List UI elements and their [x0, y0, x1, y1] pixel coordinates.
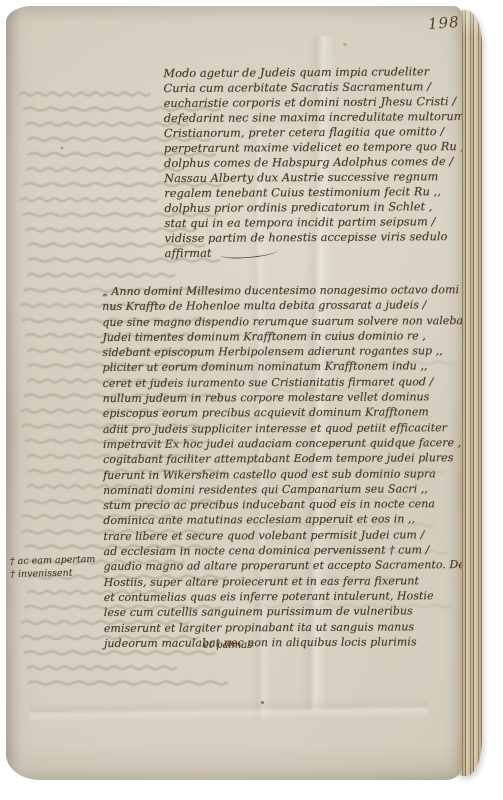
text-line: cogitabant faciliter attemptabant Eodem …: [103, 450, 462, 467]
paper-stain: [343, 43, 347, 46]
folio-number: 198: [427, 13, 460, 33]
manuscript-page: 198 Modo agetur de Judeis quam impia cru…: [6, 6, 462, 780]
text-line: affirmat: [165, 244, 462, 261]
text-line: lese cum cutellis sanguinem purissimum d…: [104, 603, 462, 620]
text-line: vidisse partim de honestis accepisse vir…: [164, 229, 462, 246]
text-line: Hostiis, super altare proiecerunt et in …: [104, 573, 462, 590]
paragraph-2: „ Anno domini Millesimo ducentesimo nona…: [102, 282, 462, 651]
paragraph-1: Modo agetur de Judeis quam impia crudeli…: [163, 64, 462, 261]
text-line: nus Kraffto de Hohenloe multa debita gro…: [102, 297, 462, 314]
margin-note: † ac eam apertam† invenissent: [10, 553, 96, 581]
book-page-photo: 198 Modo agetur de Judeis quam impia cru…: [4, 6, 482, 786]
paper-stain: [261, 701, 264, 704]
paragraph-2-catchword: et palmas: [203, 640, 252, 651]
text-line: que sine magno dispendio rerumque suarum…: [102, 313, 462, 330]
text-line: emiserunt et largiter propinabant ita ut…: [104, 619, 462, 636]
paper-stain: [61, 147, 63, 149]
text-line: dominica ante matutinas ecclesiam apperu…: [103, 511, 462, 528]
text-line: gaudio magno ad altare properarunt et ac…: [103, 557, 462, 574]
scan-background: 198 Modo agetur de Judeis quam impia cru…: [0, 0, 503, 800]
paper-crease-horizontal: [30, 697, 428, 723]
text-line: † ac eam apertam: [10, 553, 96, 568]
text-line: episcopus eorum precibus acquievit domin…: [103, 404, 462, 421]
text-line: † invenissent: [10, 566, 96, 581]
text-line: judeorum maculabat nec non in aliquibus …: [104, 634, 462, 651]
text-line: fuerunt in Wikersheim castello quod est …: [103, 466, 462, 483]
text-line: pliciter ut eorum dominum nominatum Kraf…: [102, 359, 462, 376]
